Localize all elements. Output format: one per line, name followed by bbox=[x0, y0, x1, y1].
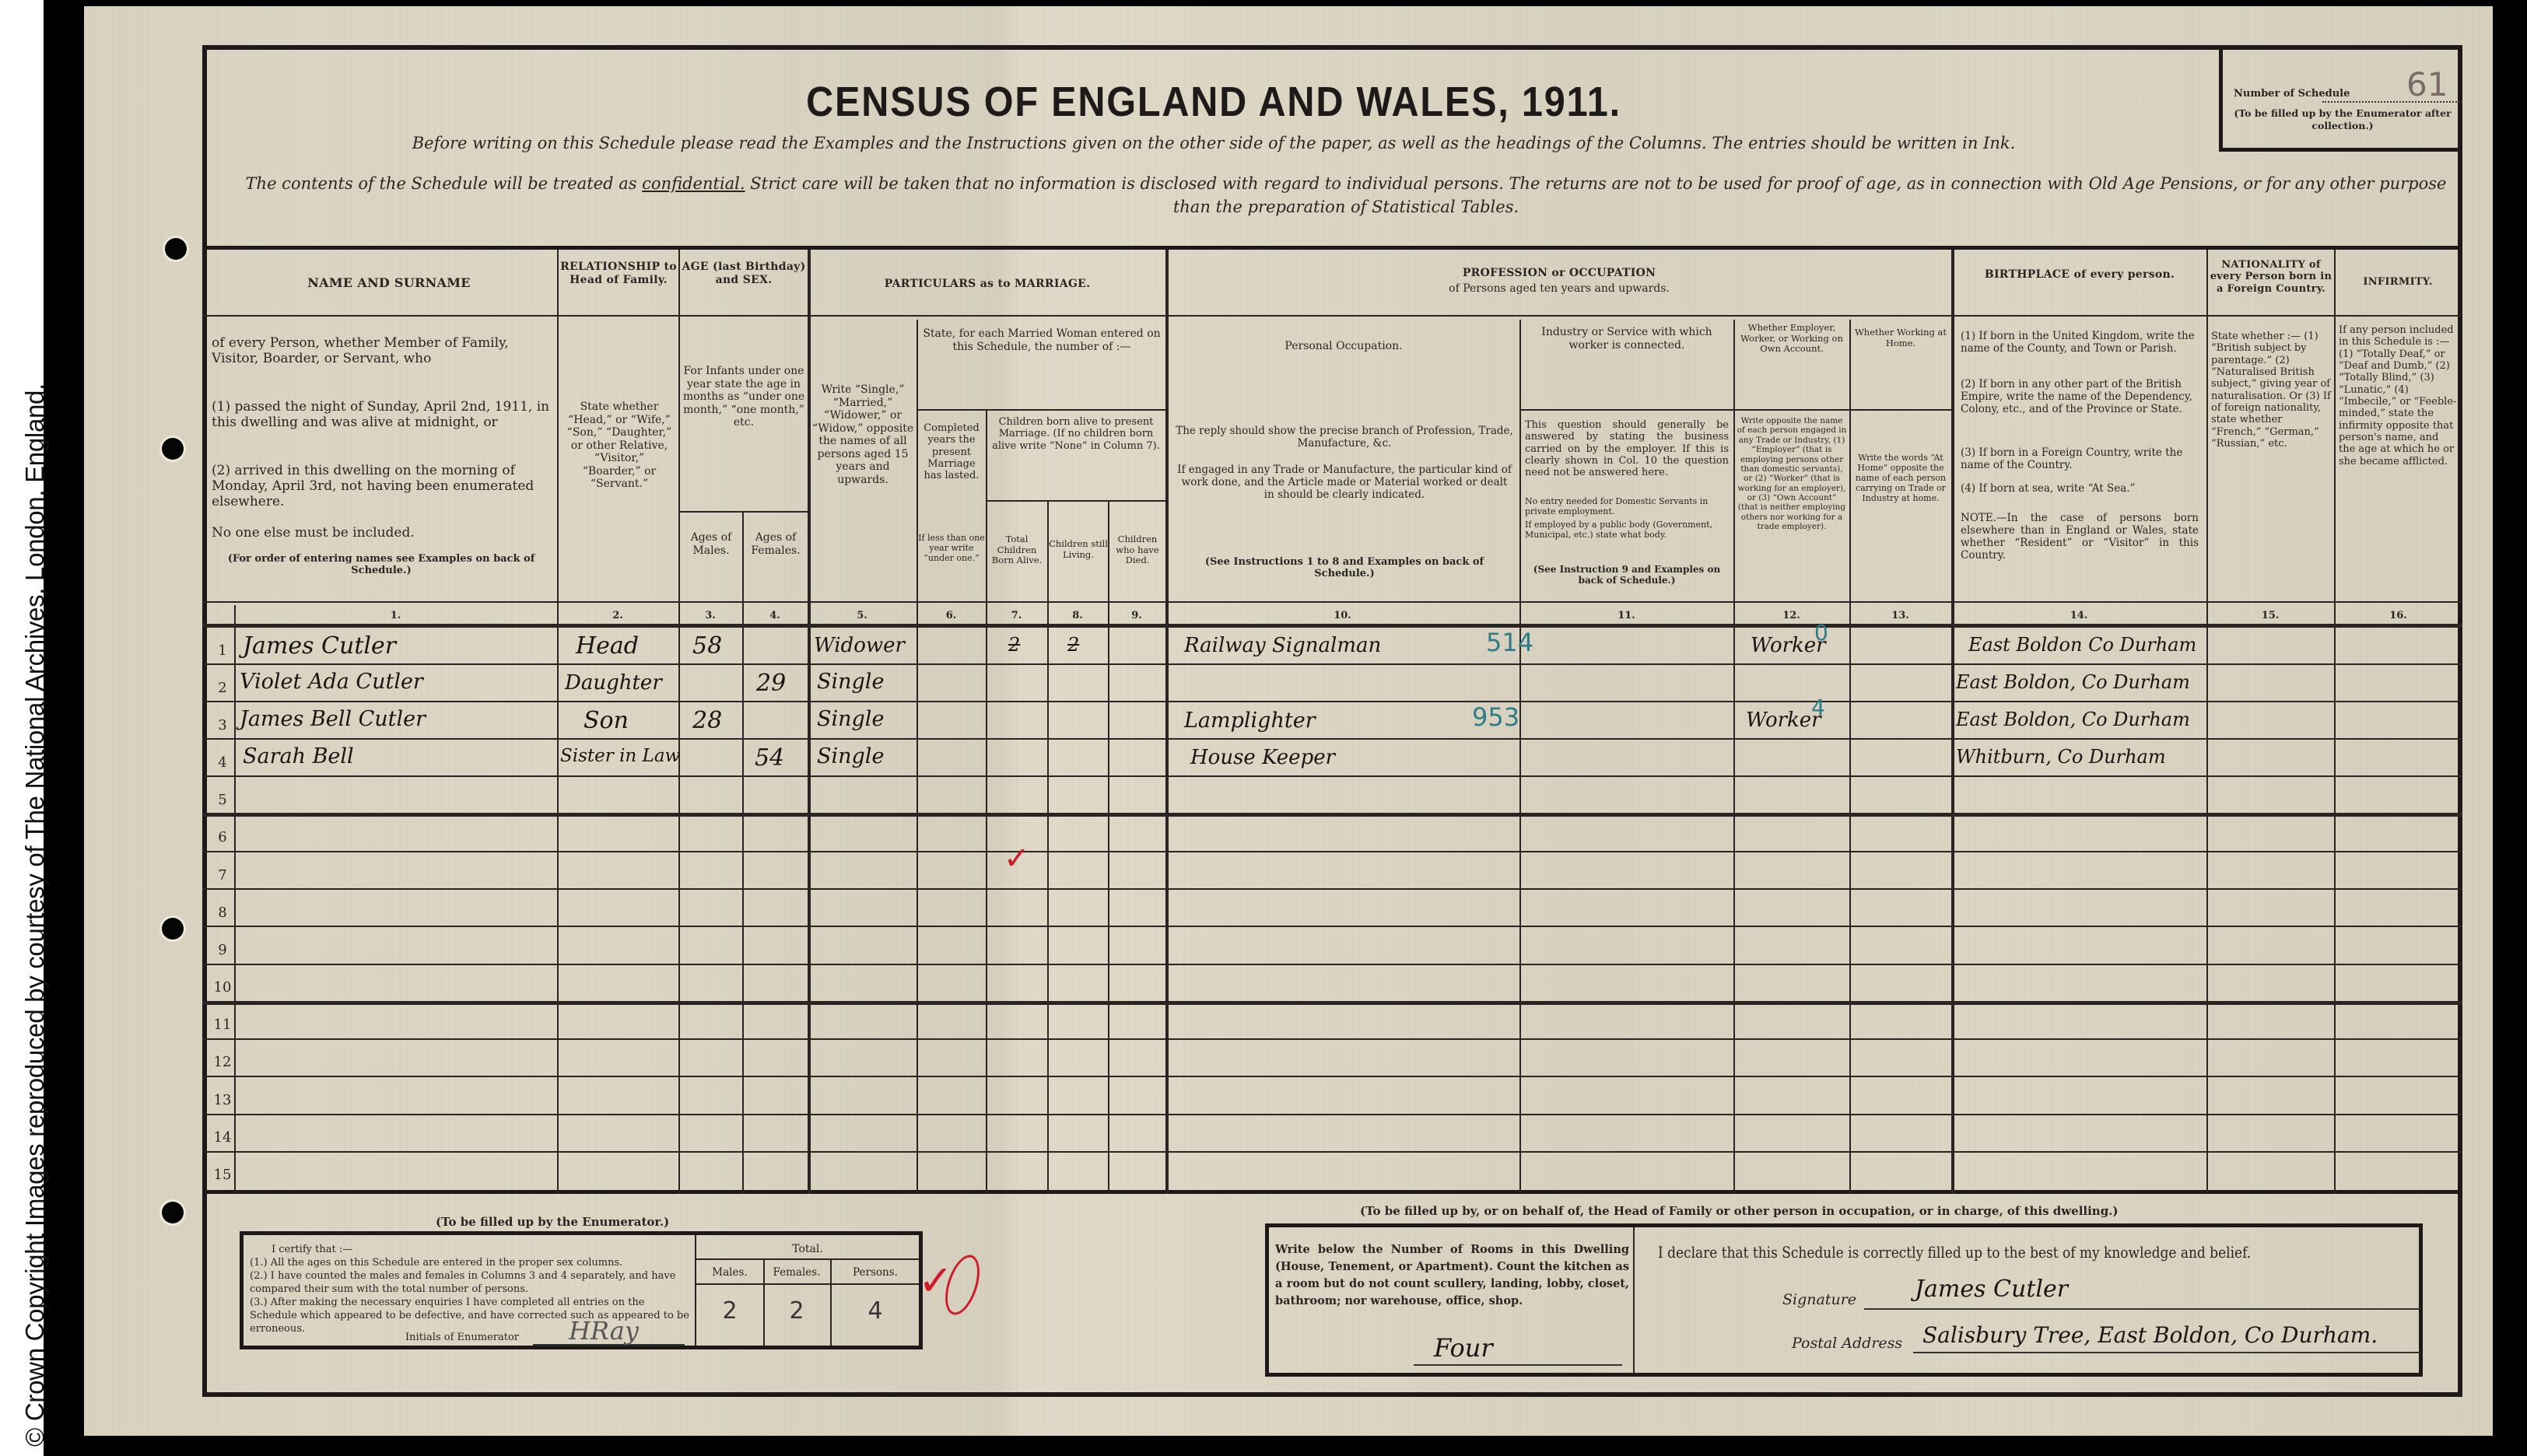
colnum-14: 14. bbox=[1951, 610, 2206, 621]
header-infirmity: INFIRMITY. bbox=[2336, 276, 2460, 288]
entry-condition: Widower bbox=[814, 634, 905, 657]
entry-condition: Single bbox=[817, 744, 884, 768]
certify-heading: I certify that :— bbox=[250, 1243, 690, 1256]
row-number: 11 bbox=[213, 1017, 232, 1033]
desc-personal-3: (See Instructions 1 to 8 and Examples on… bbox=[1175, 556, 1514, 580]
row-line bbox=[202, 813, 2462, 817]
desc-industry-2: No entry needed for Domestic Servants in… bbox=[1525, 497, 1729, 517]
signature-label: Signature bbox=[1782, 1291, 1856, 1308]
schedule-number-label: Number of Schedule bbox=[2234, 88, 2350, 100]
desc-name-1: of every Person, whether Member of Famil… bbox=[212, 335, 551, 366]
colnum-8: 8. bbox=[1047, 610, 1108, 621]
entry-birthplace: East Boldon Co Durham bbox=[1968, 634, 2196, 656]
row-number-divider bbox=[234, 605, 236, 1194]
entry-birthplace: East Boldon, Co Durham bbox=[1956, 671, 2190, 693]
row-line bbox=[202, 738, 2462, 740]
subheader-occupation: of Persons aged ten years and upwards. bbox=[1167, 282, 1951, 296]
header-at-home: Whether Working at Home. bbox=[1852, 327, 1950, 348]
colnum-13: 13. bbox=[1849, 610, 1951, 621]
rooms-instruction: Write below the Number of Rooms in this … bbox=[1275, 1241, 1629, 1310]
header-children-total: Total Children Born Alive. bbox=[987, 534, 1047, 566]
entry-name: Sarah Bell bbox=[243, 744, 354, 768]
totals-persons-value: 4 bbox=[830, 1297, 920, 1325]
enumerator-box: I certify that :— (1.) All the ages on t… bbox=[240, 1231, 923, 1349]
header-age: AGE (last Birthday) and SEX. bbox=[682, 261, 806, 286]
entry-name: James Bell Cutler bbox=[240, 707, 426, 731]
header-birthplace: BIRTHPLACE of every person. bbox=[1953, 268, 2206, 282]
col-divider bbox=[1165, 250, 1169, 1194]
entry-age-male: 58 bbox=[692, 632, 722, 660]
row-line bbox=[202, 1038, 2462, 1040]
entry-occupation-code: 514 bbox=[1486, 628, 1533, 657]
colnum-15: 15. bbox=[2206, 610, 2334, 621]
colnum-3: 3. bbox=[678, 610, 742, 621]
enumerator-section-title: (To be filled up by the Enumerator.) bbox=[436, 1215, 669, 1229]
header-age-females: Ages of Females. bbox=[744, 531, 808, 557]
punch-hole bbox=[162, 438, 184, 460]
row-line bbox=[202, 1114, 2462, 1115]
totals-divider bbox=[696, 1283, 919, 1285]
desc-birthplace-2: (2) If born in any other part of the Bri… bbox=[1961, 379, 2199, 416]
entry-condition: Single bbox=[817, 707, 884, 731]
row-number: 10 bbox=[213, 979, 232, 996]
header-occupation: PROFESSION or OCCUPATION bbox=[1167, 267, 1951, 280]
entry-age-male: 28 bbox=[692, 707, 722, 734]
column-number-top bbox=[202, 601, 2462, 603]
copyright-notice: © Crown Copyright Images reproduced by c… bbox=[22, 383, 47, 1447]
col-divider bbox=[557, 250, 559, 1194]
schedule-number-note: (To be filled up by the Enumerator after… bbox=[2229, 107, 2456, 132]
colnum-16: 16. bbox=[2334, 610, 2462, 621]
col-divider bbox=[1733, 320, 1735, 1194]
colnum-1: 1. bbox=[234, 610, 557, 621]
header-divider bbox=[986, 500, 1165, 502]
entry-relationship: Sister in Law bbox=[560, 746, 680, 766]
colnum-2: 2. bbox=[557, 610, 678, 621]
certify-item-1: (1.) All the ages on this Schedule are e… bbox=[250, 1256, 690, 1269]
totals-heading: Total. bbox=[696, 1243, 919, 1255]
desc-name-2: (1) passed the night of Sunday, April 2n… bbox=[212, 399, 551, 430]
desc-industry-4: (See Instruction 9 and Examples on back … bbox=[1525, 564, 1729, 586]
rooms-line bbox=[1414, 1364, 1622, 1366]
declaration-text: I declare that this Schedule is correctl… bbox=[1658, 1243, 2251, 1262]
header-divider bbox=[1519, 409, 1951, 411]
initials-label: Initials of Enumerator bbox=[405, 1332, 519, 1343]
certify-item-2: (2.) I have counted the males and female… bbox=[250, 1269, 690, 1296]
desc-personal-1: The reply should show the precise branch… bbox=[1175, 425, 1514, 450]
desc-relationship: State whether “Head,” or “Wife,” “Son,” … bbox=[565, 401, 674, 491]
header-marriage: PARTICULARS as to MARRIAGE. bbox=[809, 278, 1165, 291]
row-line bbox=[202, 775, 2462, 777]
entry-occupation: House Keeper bbox=[1190, 746, 1335, 769]
row-number: 1 bbox=[213, 642, 232, 659]
header-divider bbox=[917, 409, 1165, 411]
header-divider bbox=[1165, 315, 1951, 317]
row-number: 6 bbox=[213, 829, 232, 845]
header-divider bbox=[678, 511, 808, 513]
entry-age-female: 29 bbox=[756, 670, 786, 697]
entry-employment-code: 4 bbox=[1811, 695, 1825, 720]
head-section-title: (To be filled up by, or on behalf of, th… bbox=[1360, 1204, 2119, 1218]
totals-females-value: 2 bbox=[763, 1297, 830, 1325]
entry-relationship: Head bbox=[576, 632, 639, 660]
entry-name: James Cutler bbox=[243, 632, 396, 660]
desc-industry-3: If employed by a public body (Government… bbox=[1525, 520, 1729, 541]
schedule-number-value: 61 bbox=[2406, 65, 2448, 103]
initials-value: HRay bbox=[569, 1316, 639, 1346]
red-check-mark: ✓ bbox=[1004, 841, 1030, 877]
desc-birthplace-note: NOTE.—In the case of persons born elsewh… bbox=[1961, 513, 2199, 562]
desc-industry-1: This question should generally be answer… bbox=[1525, 419, 1729, 479]
address-value: Salisbury Tree, East Boldon, Co Durham. bbox=[1922, 1322, 2378, 1348]
totals-males-label: Males. bbox=[696, 1266, 763, 1279]
col-divider bbox=[678, 250, 680, 1194]
form-header: CENSUS OF ENGLAND AND WALES, 1911. Befor… bbox=[202, 45, 2225, 246]
totals-males-value: 2 bbox=[696, 1297, 763, 1325]
header-divider bbox=[202, 315, 1165, 317]
desc-name-5: (For order of entering names see Example… bbox=[212, 553, 551, 577]
entry-occupation: Railway Signalman bbox=[1184, 634, 1381, 657]
desc-children: Children born alive to present Marriage.… bbox=[988, 416, 1164, 452]
confidential-suffix: Strict care will be taken that no inform… bbox=[745, 174, 2447, 193]
signature-line bbox=[1864, 1308, 2420, 1310]
row-number: 13 bbox=[213, 1092, 232, 1108]
desc-birthplace-3: (3) If born in a Foreign Country, write … bbox=[1961, 447, 2199, 472]
punch-hole bbox=[162, 1202, 184, 1223]
col-divider bbox=[1849, 320, 1851, 1194]
entry-birthplace: East Boldon, Co Durham bbox=[1956, 709, 2190, 730]
desc-infirmity: If any person included in this Schedule … bbox=[2339, 324, 2457, 467]
colnum-4: 4. bbox=[742, 610, 808, 621]
colnum-11: 11. bbox=[1519, 610, 1733, 621]
desc-age: For Infants under one year state the age… bbox=[682, 365, 806, 429]
col-divider bbox=[2206, 250, 2208, 1194]
row-line bbox=[202, 926, 2462, 927]
row-number: 9 bbox=[213, 942, 232, 958]
colnum-5: 5. bbox=[808, 610, 917, 621]
rooms-panel: Write below the Number of Rooms in this … bbox=[1269, 1227, 1635, 1373]
col-divider bbox=[1108, 500, 1109, 1194]
punch-hole bbox=[165, 238, 187, 260]
header-name: NAME AND SURNAME bbox=[233, 276, 545, 291]
entry-occupation: Lamplighter bbox=[1184, 709, 1316, 733]
desc-years-married: Completed years the present Marriage has… bbox=[918, 422, 985, 482]
desc-condition: Write “Single,” “Married,” “Widower,” or… bbox=[811, 383, 915, 486]
declaration-box: Write below the Number of Rooms in this … bbox=[1265, 1223, 2423, 1377]
desc-years-note: If less than one year write “under one.” bbox=[918, 534, 985, 564]
header-industry: Industry or Service with which worker is… bbox=[1522, 326, 1732, 352]
rooms-value: Four bbox=[1434, 1333, 1493, 1363]
desc-at-home: Write the words “At Home” opposite the n… bbox=[1853, 453, 1948, 504]
row-line bbox=[202, 964, 2462, 965]
row-number: 7 bbox=[213, 867, 232, 884]
header-divider bbox=[1951, 315, 2462, 317]
col-divider bbox=[1519, 320, 1521, 1194]
entry-children-living: 2 bbox=[1067, 634, 1079, 656]
entry-relationship: Son bbox=[584, 707, 629, 734]
desc-name-3: (2) arrived in this dwelling on the morn… bbox=[212, 463, 551, 509]
colnum-9: 9. bbox=[1108, 610, 1165, 621]
totals-persons-label: Persons. bbox=[830, 1266, 920, 1279]
address-line bbox=[1913, 1352, 2420, 1353]
entry-children-total: 2 bbox=[1008, 634, 1020, 656]
confidential-word: confidential. bbox=[642, 174, 745, 193]
col-divider bbox=[1047, 500, 1049, 1194]
row-line bbox=[202, 663, 2462, 665]
row-number: 4 bbox=[213, 754, 232, 771]
desc-married-woman: State, for each Married Woman entered on… bbox=[920, 327, 1164, 353]
header-employer: Whether Employer, Worker, or Working on … bbox=[1735, 323, 1849, 355]
header-age-males: Ages of Males. bbox=[680, 531, 742, 557]
row-line bbox=[202, 888, 2462, 890]
row-line bbox=[202, 1001, 2462, 1005]
totals-table: Total. Males. Females. Persons. 2 2 4 bbox=[695, 1235, 919, 1346]
header-nationality: NATIONALITY of every Person born in a Fo… bbox=[2208, 259, 2334, 295]
col-divider bbox=[1951, 250, 1954, 1194]
colnum-7: 7. bbox=[986, 610, 1047, 621]
schedule-number-box: Number of Schedule 61 (To be filled up b… bbox=[2219, 45, 2462, 152]
household-table: NAME AND SURNAME of every Person, whethe… bbox=[202, 246, 2462, 1194]
desc-personal-2: If engaged in any Trade or Manufacture, … bbox=[1175, 464, 1514, 502]
desc-employer: Write opposite the name of each person e… bbox=[1737, 416, 1847, 532]
colnum-6: 6. bbox=[917, 610, 986, 621]
instruction-line: Before writing on this Schedule please r… bbox=[202, 134, 2225, 152]
page-title: CENSUS OF ENGLAND AND WALES, 1911. bbox=[303, 78, 2124, 126]
header-children-living: Children still Living. bbox=[1049, 539, 1108, 560]
entry-relationship: Daughter bbox=[565, 671, 662, 695]
header-relationship: RELATIONSHIP to Head of Family. bbox=[560, 261, 677, 286]
entry-condition: Single bbox=[817, 670, 884, 694]
row-line bbox=[202, 1076, 2462, 1077]
row-number: 12 bbox=[213, 1054, 232, 1070]
signature-value: James Cutler bbox=[1915, 1276, 2068, 1303]
header-personal-occupation: Personal Occupation. bbox=[1169, 340, 1519, 353]
desc-birthplace-1: (1) If born in the United Kingdom, write… bbox=[1961, 331, 2199, 355]
confidential-line: The contents of the Schedule will be tre… bbox=[233, 174, 2459, 193]
entry-name: Violet Ada Cutler bbox=[240, 670, 423, 694]
desc-name-4: No one else must be included. bbox=[212, 525, 551, 541]
row-line bbox=[202, 1151, 2462, 1153]
entry-employment: Worker bbox=[1746, 709, 1821, 732]
desc-birthplace-4: (4) If born at sea, write “At Sea.” bbox=[1961, 483, 2199, 495]
row-number: 3 bbox=[213, 717, 232, 733]
colnum-12: 12. bbox=[1733, 610, 1849, 621]
entry-age-female: 54 bbox=[755, 744, 784, 772]
confidential-line-2: than the preparation of Statistical Tabl… bbox=[233, 198, 2459, 216]
confidential-prefix: The contents of the Schedule will be tre… bbox=[246, 174, 643, 193]
totals-divider bbox=[696, 1258, 919, 1260]
header-children-died: Children who have Died. bbox=[1109, 534, 1165, 566]
row-line bbox=[202, 851, 2462, 852]
colnum-10: 10. bbox=[1165, 610, 1519, 621]
row-number: 2 bbox=[213, 680, 232, 696]
totals-females-label: Females. bbox=[763, 1266, 830, 1279]
row-number: 15 bbox=[213, 1167, 232, 1183]
col-divider bbox=[2334, 250, 2336, 1194]
entry-employment-code: 0 bbox=[1814, 620, 1828, 646]
row-number: 5 bbox=[213, 792, 232, 808]
column-number-bottom bbox=[202, 624, 2462, 628]
entry-birthplace: Whitburn, Co Durham bbox=[1956, 746, 2166, 768]
desc-nationality: State whether :— (1) “British subject by… bbox=[2211, 331, 2331, 450]
row-line bbox=[202, 701, 2462, 702]
entry-occupation-code: 953 bbox=[1472, 702, 1519, 732]
punch-hole bbox=[162, 918, 184, 940]
row-number: 8 bbox=[213, 905, 232, 921]
address-label: Postal Address bbox=[1792, 1335, 1902, 1352]
row-number: 14 bbox=[213, 1129, 232, 1146]
